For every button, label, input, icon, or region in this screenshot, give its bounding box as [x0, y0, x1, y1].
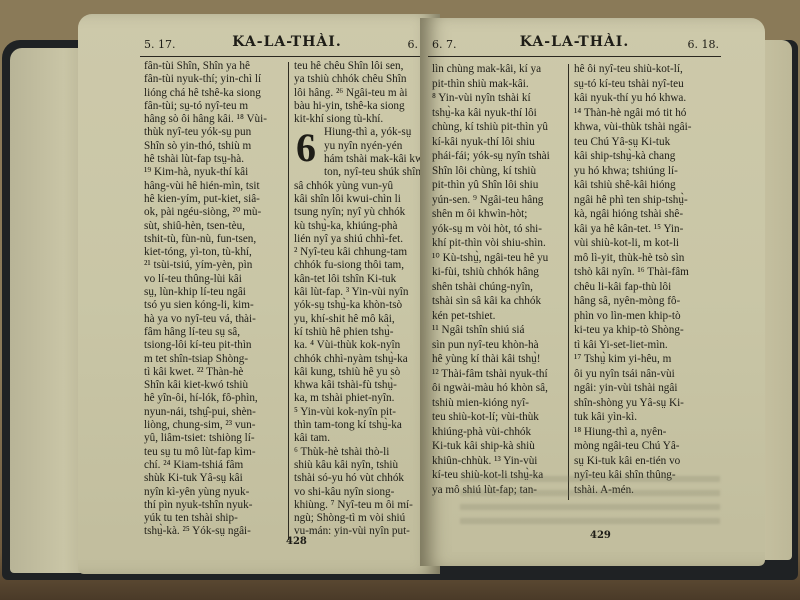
text-line: ¹² Thài-fâm tshài nyuk-thí	[432, 367, 550, 382]
text-line: ⁶ Thùk-hè tshài thò-li	[294, 446, 413, 459]
text-line: mòng ngâi-teu Chú Yâ-	[574, 439, 691, 454]
text-line: ki-fùi, tshiù chhók hâng	[432, 265, 550, 280]
text-line: Shîn kâi kiet-kwó tshiù	[144, 379, 267, 392]
text-line: fân-tùi nyuk-thí; yin-chì lí	[144, 73, 267, 86]
text-line: chêu li-kâi fap-thù lôi	[574, 280, 691, 295]
text-line: liòng, chung-sim, ²³ vun-	[144, 419, 267, 432]
text-line: tsung nyîn; nyî yù chhók	[294, 206, 413, 219]
text-line: ¹⁷ Tshṳ̀ kim yi-hêu, m	[574, 352, 691, 367]
text-line: shiù kâu kâi nyîn, tshiù	[294, 459, 413, 472]
text-line: ôi ngwài-màu hó khòn sâ,	[432, 381, 550, 396]
text-column-1: lìn chùng mak-kâi, kí yapit-thìn shiù ma…	[432, 62, 550, 497]
text-line: nyîn kì-yên yùng nyuk-	[144, 486, 267, 499]
chapter-verse-end: 6. 18.	[688, 38, 720, 51]
text-line: fâm hâng lí-teu sṳ sâ,	[144, 326, 267, 339]
text-line: ngù; Shòng-tì m vòi shiú	[294, 512, 413, 525]
text-line: kà, ngâi hióng tshài shê-	[574, 207, 691, 222]
text-line: hê tshài lùt-fap tsṳ-hà.	[144, 153, 267, 166]
text-line: chí. ²⁴ Kiam-tshiá fâm	[144, 459, 267, 472]
text-line: ngâi hê phì ten ship-tshṳ̀-	[574, 193, 691, 208]
text-line: kit-khí siong tù-khí.	[294, 113, 413, 126]
text-line: hâng sò ôi hâng kâi. ¹⁸ Vùi-	[144, 113, 267, 126]
text-line: Shîn lôi chùng, kí tshiù	[432, 164, 550, 179]
text-line: kù tshṳ̀-ka, khiúng-phà	[294, 220, 413, 233]
text-line: m tet shîn-tsiap Shòng-	[144, 353, 267, 366]
text-line: kâi lùt-fap. ³ Yin-vùi nyîn	[294, 286, 413, 299]
text-line: sṳ Ki-tuk kâi en-tién vo	[574, 454, 691, 469]
text-line: teu sṳ tu mô lùt-fap kìm-	[144, 446, 267, 459]
text-line: ya tshiù chhók chêu Shîn	[294, 73, 413, 86]
text-line: khiûn-chhùk. ¹³ Yin-vùi	[432, 454, 550, 469]
text-line: teu Chú Yâ-sṳ Ki-tuk	[574, 135, 691, 150]
column-2-rest-text: Hiung-thì a, yók-sṳyu nyîn nyén-yénhám t…	[294, 126, 413, 538]
text-line: lién nyî ya shiú chhì-fet.	[294, 233, 413, 246]
text-line: ôi yu nyîn tsái nân-vùi	[574, 367, 691, 382]
text-line: vo shi-kâu nyîn siong-	[294, 486, 413, 499]
text-line: tshit-tù, fùn-nù, fun-tsen,	[144, 233, 267, 246]
text-line: tshṳ̀-kà. ²⁵ Yók-sṳ ngâi-	[144, 525, 267, 538]
text-line: tshiù mien-kióng nyî-	[432, 396, 550, 411]
text-line: khwa kâi tshài-fù tshṳ̀-	[294, 379, 413, 392]
text-line: ka. ⁴ Vùi-thùk kok-nyîn	[294, 339, 413, 352]
book-title: KA-LA-THÀI.	[428, 34, 721, 50]
text-line: yún-sen. ⁹ Ngâi-teu hâng	[432, 193, 550, 208]
text-line: khiúng-phà vùi-chhók	[432, 425, 550, 440]
text-line: sâ chhók yùng vun-yû	[294, 180, 413, 193]
text-line: phái-fái; yók-sṳ nyîn tshài	[432, 149, 550, 164]
text-line: yû, liâm-tsiet: tshiòng lí-	[144, 432, 267, 445]
text-line: lìn chùng mak-kâi, kí ya	[432, 62, 550, 77]
text-line: shên tshài chúng-nyîn,	[432, 280, 550, 295]
running-head-left: 5. 17. KA-LA-THÀI. 6. 7.	[140, 34, 434, 57]
left-page: 5. 17. KA-LA-THÀI. 6. 7. fân-tùi Shîn, S…	[78, 14, 440, 574]
text-column-2: teu hê chêu Shîn lôi sen,ya tshiù chhók …	[294, 60, 413, 539]
text-line: vùi shiù-kot-li, m kot-li	[574, 236, 691, 251]
text-line: lióng chá hê tshê-ka siong	[144, 87, 267, 100]
text-line: sṳ-tó kí-teu tshài nyî-teu	[574, 77, 691, 92]
text-line: thí pìn nyuk-tshîn nyuk-	[144, 499, 267, 512]
text-line: kâi tam.	[294, 432, 413, 445]
text-line: ki-teu ya khip-tò Shòng-	[574, 323, 691, 338]
text-line: kiet-tóng, yì-ton, tù-khí,	[144, 246, 267, 259]
text-line: kâi ya hê kân-tet. ¹⁵ Yin-	[574, 222, 691, 237]
text-line: hâng sâ, nyên-mòng fô-	[574, 294, 691, 309]
text-line: khwa, vùi-thùk tshài ngâi-	[574, 120, 691, 135]
text-line: chhók fu-siong thôi tam,	[294, 259, 413, 272]
text-line: shùk Ki-tuk Yâ-sṳ kâi	[144, 472, 267, 485]
text-line: yúk tu ten tshài ship-	[144, 512, 267, 525]
column-rule	[568, 64, 569, 500]
text-line: chùng, kí tshiù pit-thìn yû	[432, 120, 550, 135]
text-line: vo lí-teu thûng-lùi kâi	[144, 273, 267, 286]
text-line: kén pet-tshiet.	[432, 309, 550, 324]
text-line: nyun-nái, tshṳ̂-pui, shèn-	[144, 406, 267, 419]
text-column-2: hê ôi nyî-teu shiù-kot-lí,sṳ-tó kí-teu t…	[574, 62, 691, 497]
text-line: tshò kâi nyîn. ¹⁶ Thài-fâm	[574, 265, 691, 280]
text-line: shên m ôi khwìn-hòt;	[432, 207, 550, 222]
text-line: ² Nyî-teu kâi chhung-tam	[294, 246, 413, 259]
text-line: hà ya vo nyî-teu vá, thài-	[144, 313, 267, 326]
text-line: hê yùng kí thài kâi tshṳ̀!	[432, 352, 550, 367]
text-line: yu, khí-shit hê mô kâi,	[294, 313, 413, 326]
text-line: fân-tùi Shîn, Shîn ya hê	[144, 60, 267, 73]
text-line: kâi shîn lôi kwui-chìn li	[294, 193, 413, 206]
text-line: ¹⁸ Hiung-thì a, nyên-	[574, 425, 691, 440]
text-line: shîn-shòng yu Yâ-sṳ Ki-	[574, 396, 691, 411]
text-line: khiùng. ⁷ Nyî-teu m ôi mí-	[294, 499, 413, 512]
text-line: bàu hi-yin, tshê-ka siong	[294, 100, 413, 113]
text-line: kí-kâi nyuk-thí lôi shiu	[432, 135, 550, 150]
text-line: tshài sìn sâ kâi ka chhók	[432, 294, 550, 309]
text-line: ngâi: yin-vùi tshài ngâi	[574, 381, 691, 396]
text-line: ¹¹ Ngâi tshîn shiú siá	[432, 323, 550, 338]
text-line: ka, m tshài phiet-nyîn.	[294, 392, 413, 405]
text-line: kâi kung, tshiù hê yu sò	[294, 366, 413, 379]
text-line: ok, pài ngéu-siòng, ²⁰ mù-	[144, 206, 267, 219]
text-line: hê ôi nyî-teu shiù-kot-lí,	[574, 62, 691, 77]
text-line: sṳ, lùn-khip lí-teu ngâi	[144, 286, 267, 299]
text-line: pit-thìn shiù mak-kâi.	[432, 77, 550, 92]
text-line: yók-sṳ m vòi hòt, tó shi-	[432, 222, 550, 237]
text-line: yók-sṳ tshṳ̀-ka khòn-tsò	[294, 299, 413, 312]
text-line: mô lì-yit, thùk-hè tsò sìn	[574, 251, 691, 266]
running-head-right: 6. 7. KA-LA-THÀI. 6. 18.	[428, 34, 721, 57]
text-line: ¹⁰ Kù-tshṳ̀, ngâi-teu hê yu	[432, 251, 550, 266]
text-line: Shîn sò yin-thó, tshiù m	[144, 140, 267, 153]
text-line: ¹⁹ Kim-hà, nyuk-thí kâi	[144, 166, 267, 179]
text-line: tì kâi kwet. ²² Thàn-hè	[144, 366, 267, 379]
page-number: 429	[590, 530, 611, 541]
book-title: KA-LA-THÀI.	[140, 34, 434, 50]
text-line: sìn pun nyî-teu khòn-hà	[432, 338, 550, 353]
text-line: pit-thìn yû Shîn lôi shiu	[432, 178, 550, 193]
text-line: kâi nyuk-thí yu hó khwa.	[574, 91, 691, 106]
text-line: tsó yu sien kóng-li, kim-	[144, 299, 267, 312]
text-line: kâi ship-tshṳ̀-kà chang	[574, 149, 691, 164]
text-line: tshài só-yu hó vùt chhók	[294, 472, 413, 485]
text-column-1: fân-tùi Shîn, Shîn ya hêfân-tùi nyuk-thí…	[144, 60, 267, 539]
text-line: tuk kâi yìn-kì.	[574, 410, 691, 425]
right-page: 6. 7. KA-LA-THÀI. 6. 18. lìn chùng mak-k…	[420, 18, 765, 566]
show-through-text	[460, 476, 720, 532]
text-line: lôi hâng. ²⁶ Ngâi-teu m ài	[294, 87, 413, 100]
column-rule	[288, 62, 289, 540]
text-line: phìn vo lìn-men khip-tò	[574, 309, 691, 324]
text-line: ¹⁴ Thàn-hè ngâi mó tit hó	[574, 106, 691, 121]
text-line: ⁵ Yin-vùi kok-nyîn pit-	[294, 406, 413, 419]
text-line: teu shiù-kot-lí; vùi-thùk	[432, 410, 550, 425]
text-line: hê kien-yím, put-kiet, siâ-	[144, 193, 267, 206]
text-line: ⁸ Yin-vùi nyîn tshài kí	[432, 91, 550, 106]
text-line: chhók chhì-nyàm tshṳ̀-ka	[294, 353, 413, 366]
text-line: hâng-vùi hê hién-mìn, tsit	[144, 180, 267, 193]
text-line: hê yîn-ôi, hí-lók, fô-phìn,	[144, 392, 267, 405]
text-line: khí pit-thìn vòi shiu-shìn.	[432, 236, 550, 251]
text-line: fân-tùi; sṳ-tó nyî-teu m	[144, 100, 267, 113]
text-line: thìn tam-tong kí tshṳ̀-ka	[294, 419, 413, 432]
text-line: tì kâi Yi-set-liet-mìn.	[574, 338, 691, 353]
column-2-top-text: teu hê chêu Shîn lôi sen,ya tshiù chhók …	[294, 60, 413, 126]
text-line: kí tshiù hê phien tshṳ̀-	[294, 326, 413, 339]
text-line: thùk nyî-teu yók-sṳ pun	[144, 126, 267, 139]
text-line: tshṳ̀-ka kâi nyuk-thí lôi	[432, 106, 550, 121]
text-line: yu hó khwa; tshiúng lí-	[574, 164, 691, 179]
text-line: vu-mán: yin-vùi nyîn put-	[294, 525, 413, 538]
text-line: kâi tshiù shê-kâi hióng	[574, 178, 691, 193]
text-line: ²¹ tsùi-tsiú, yím-yèn, pìn	[144, 259, 267, 272]
text-line: sùt, shiû-hèn, tsen-tèu,	[144, 220, 267, 233]
chapter-number: 6	[296, 128, 316, 168]
text-line: kân-tet lôi tshîn Ki-tuk	[294, 273, 413, 286]
text-line: teu hê chêu Shîn lôi sen,	[294, 60, 413, 73]
text-line: tsiong-lôi kí-teu pit-thìn	[144, 339, 267, 352]
text-line: Ki-tuk kâi ship-kà shiù	[432, 439, 550, 454]
page-number: 428	[286, 536, 307, 547]
